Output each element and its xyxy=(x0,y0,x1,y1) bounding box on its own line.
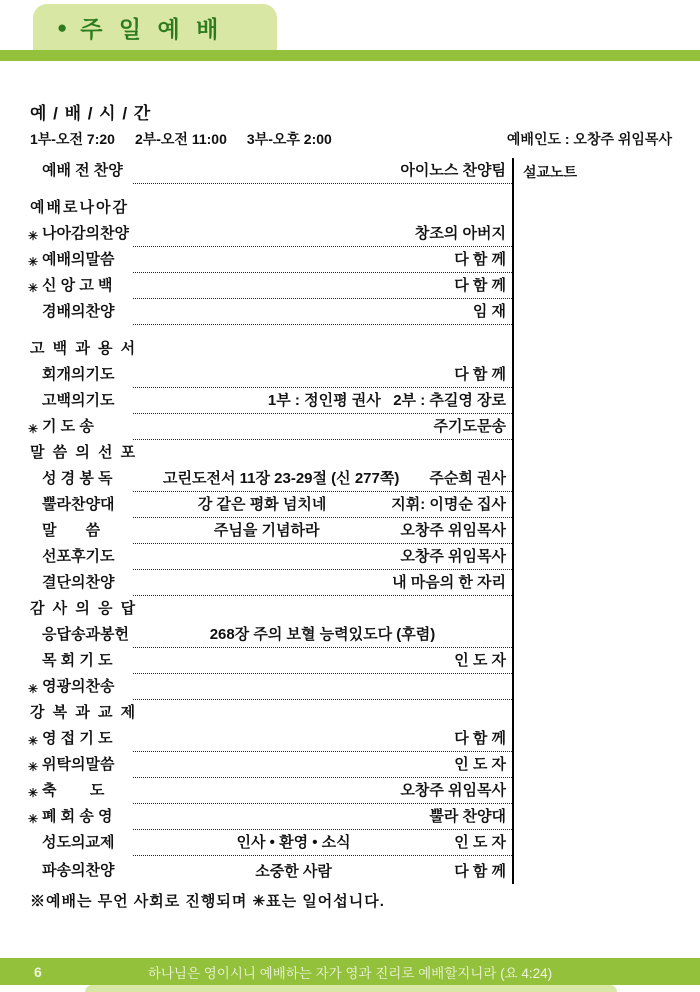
order-item-label-cell: 파송의찬양 xyxy=(28,856,133,884)
service-time-2: 2부-오전 11:00 xyxy=(135,129,227,149)
next-section-tab xyxy=(85,985,617,992)
order-item: 경배의찬양임 재 xyxy=(28,299,512,325)
order-item-label-cell: 성도의교제 xyxy=(28,830,133,856)
order-item-mid: 주님을 기념하라 xyxy=(133,519,400,540)
order-item-right: 인 도 자 xyxy=(454,649,512,670)
order-item-right: 오창주 위임목사 xyxy=(400,519,512,540)
order-item-label: 폐 회 송 영 xyxy=(42,805,112,826)
stand-mark-icon: ✳ xyxy=(28,682,42,696)
order-item-label-cell: ✳기 도 송 xyxy=(28,414,133,440)
stand-mark-icon: ✳ xyxy=(28,255,42,269)
order-item-label: 기 도 송 xyxy=(42,415,94,436)
order-item-right: 내 마음의 한 자리 xyxy=(392,571,512,592)
order-item-content: 다 함 께 xyxy=(133,362,512,388)
order-item-right: 다 함 께 xyxy=(454,363,512,384)
order-item: ✳폐 회 송 영뿔라 찬양대 xyxy=(28,804,512,830)
stand-mark-icon: ✳ xyxy=(28,786,42,800)
order-item-right: 다 함 께 xyxy=(454,727,512,748)
order-item-content: 인 도 자 xyxy=(133,648,512,674)
order-item-mid: 소중한 사람 xyxy=(133,860,454,881)
order-item: 결단의찬양내 마음의 한 자리 xyxy=(28,570,512,596)
order-item-label-cell: 성 경 봉 독 xyxy=(28,466,133,492)
order-item-right: 다 함 께 xyxy=(454,860,512,881)
service-times: 1부-오전 7:20 2부-오전 11:00 3부-오후 2:00 xyxy=(30,129,332,149)
order-item-right: 아이노스 찬양팀 xyxy=(400,159,512,180)
order-item-label-cell: ✳나아감의찬양 xyxy=(28,221,133,247)
order-table: 예배 전 찬양아이노스 찬양팀예배로나아감✳나아감의찬양창조의 아버지✳예배의말… xyxy=(28,158,674,884)
order-item-label-cell: 경배의찬양 xyxy=(28,299,133,325)
stand-mark-icon: ✳ xyxy=(28,281,42,295)
order-item-content: 고린도전서 11장 23-29절 (신 277쪽)주순희 권사 xyxy=(133,466,512,492)
order-item-label-cell: ✳신 앙 고 백 xyxy=(28,273,133,299)
order-item-right: 인 도 자 xyxy=(454,753,512,774)
order-item-label: 파송의찬양 xyxy=(42,859,114,880)
order-section: 강 복 과 교 제 xyxy=(28,700,512,726)
stand-mark-icon: ✳ xyxy=(28,422,42,436)
order-item-label: 선포후기도 xyxy=(42,545,114,566)
order-item-label-cell: 선포후기도 xyxy=(28,544,133,570)
stand-mark-icon: ✳ xyxy=(28,760,42,774)
order-item-label: 말 씀 xyxy=(42,519,100,540)
order-item-label-cell: 말 씀 xyxy=(28,518,133,544)
sermon-notes-divider xyxy=(512,158,514,884)
order-item-label: 위탁의말씀 xyxy=(42,753,114,774)
sermon-notes-label: 설교노트 xyxy=(523,162,577,182)
order-item-content: 268장 주의 보혈 능력있도다 (후렴) xyxy=(133,622,512,648)
worship-leader: 예배인도 : 오창주 위임목사 xyxy=(507,129,672,149)
order-item-label: 영광의찬송 xyxy=(42,675,114,696)
order-item-content: 인 도 자 xyxy=(133,752,512,778)
order-item-content: 오창주 위임목사 xyxy=(133,544,512,570)
order-item-content xyxy=(133,674,512,700)
service-time-3: 3부-오후 2:00 xyxy=(247,129,332,149)
order-item-content: 다 함 께 xyxy=(133,247,512,273)
footnote: ※예배는 무언 사회로 진행되며 ✳표는 일어섭니다. xyxy=(30,890,385,911)
order-item-mid: 268장 주의 보혈 능력있도다 (후렴) xyxy=(133,623,512,644)
order-item-right: 인 도 자 xyxy=(454,831,512,852)
order-item-label: 응답송과봉헌 xyxy=(42,623,129,644)
footer-bar: 6 하나님은 영이시니 예배하는 자가 영과 진리로 예배할지니라 (요 4:2… xyxy=(0,958,700,985)
stand-mark-icon: ✳ xyxy=(28,734,42,748)
order-item-label-cell: 말 씀 의 선 포 xyxy=(28,440,137,466)
order-item-label: 성 경 봉 독 xyxy=(42,467,112,488)
page-number: 6 xyxy=(34,964,42,980)
order-item-label-cell: ✳영 접 기 도 xyxy=(28,726,133,752)
order-item-label-cell: ✳위탁의말씀 xyxy=(28,752,133,778)
order-item-mid: 강 같은 평화 넘치네 xyxy=(133,493,391,514)
order-item-label: 회개의기도 xyxy=(42,363,114,384)
order-item-label: 강 복 과 교 제 xyxy=(30,701,137,722)
order-item-content: 주기도문송 xyxy=(133,414,512,440)
order-item-label: 신 앙 고 백 xyxy=(42,274,112,295)
order-item-label: 나아감의찬양 xyxy=(42,222,129,243)
order-item-content: 뿔라 찬양대 xyxy=(133,804,512,830)
bullet-icon: ● xyxy=(57,19,67,36)
order-item-right: 지휘: 이명순 집사 xyxy=(391,493,512,514)
order-item: 선포후기도오창주 위임목사 xyxy=(28,544,512,570)
header-bar xyxy=(0,50,700,61)
order-item-label-cell: 응답송과봉헌 xyxy=(28,622,133,648)
order-item: ✳축 도오창주 위임목사 xyxy=(28,778,512,804)
order-item-right: 뿔라 찬양대 xyxy=(429,805,512,826)
order-item-label-cell: 예배로나아감 xyxy=(28,195,129,221)
order-item: ✳기 도 송주기도문송 xyxy=(28,414,512,440)
order-item-label-cell: ✳예배의말씀 xyxy=(28,247,133,273)
order-item-label: 영 접 기 도 xyxy=(42,727,112,748)
order-item-content: 주님을 기념하라오창주 위임목사 xyxy=(133,518,512,544)
worship-time-heading: 예 / 배 / 시 / 간 xyxy=(30,99,151,124)
order-item: 성도의교제인사 • 환영 • 소식인 도 자 xyxy=(28,830,512,856)
service-times-row: 1부-오전 7:20 2부-오전 11:00 3부-오후 2:00 예배인도 :… xyxy=(30,129,672,149)
order-item-label: 예배로나아감 xyxy=(30,196,129,217)
order-item: 파송의찬양소중한 사람다 함 께 xyxy=(28,856,512,884)
order-item-label-cell: 예배 전 찬양 xyxy=(28,158,133,184)
order-item-content: 내 마음의 한 자리 xyxy=(133,570,512,596)
order-item: 응답송과봉헌268장 주의 보혈 능력있도다 (후렴) xyxy=(28,622,512,648)
order-item-label-cell: ✳축 도 xyxy=(28,778,133,804)
page-title: 주 일 예 배 xyxy=(80,11,223,44)
stand-mark-icon: ✳ xyxy=(28,229,42,243)
order-item: 회개의기도다 함 께 xyxy=(28,362,512,388)
order-item: 성 경 봉 독고린도전서 11장 23-29절 (신 277쪽)주순희 권사 xyxy=(28,466,512,492)
order-item: 뿔라찬양대강 같은 평화 넘치네지휘: 이명순 집사 xyxy=(28,492,512,518)
service-time-1: 1부-오전 7:20 xyxy=(30,129,115,149)
order-item: ✳영 접 기 도다 함 께 xyxy=(28,726,512,752)
footer-verse: 하나님은 영이시니 예배하는 자가 영과 진리로 예배할지니라 (요 4:24) xyxy=(0,962,700,982)
order-section: 말 씀 의 선 포 xyxy=(28,440,512,466)
order-item-right: 1부 : 정인평 권사 2부 : 추길영 장로 xyxy=(268,389,512,410)
order-item-right: 주기도문송 xyxy=(434,415,512,436)
order-item-label: 감 사 의 응 답 xyxy=(30,597,137,618)
order-item: 예배 전 찬양아이노스 찬양팀 xyxy=(28,158,512,184)
order-item-right: 주순희 권사 xyxy=(429,467,512,488)
order-item-mid: 고린도전서 11장 23-29절 (신 277쪽) xyxy=(133,467,429,488)
order-rows: 예배 전 찬양아이노스 찬양팀예배로나아감✳나아감의찬양창조의 아버지✳예배의말… xyxy=(28,158,512,884)
order-item-label-cell: 뿔라찬양대 xyxy=(28,492,133,518)
order-item-content: 인사 • 환영 • 소식인 도 자 xyxy=(133,830,512,856)
order-item-label-cell: ✳폐 회 송 영 xyxy=(28,804,133,830)
order-item-content: 창조의 아버지 xyxy=(133,221,512,247)
order-section: 감 사 의 응 답 xyxy=(28,596,512,622)
order-item: ✳영광의찬송 xyxy=(28,674,512,700)
order-item: ✳신 앙 고 백다 함 께 xyxy=(28,273,512,299)
order-item-content: 다 함 께 xyxy=(133,726,512,752)
header-tab: ● 주 일 예 배 xyxy=(33,4,277,50)
order-item-content: 임 재 xyxy=(133,299,512,325)
order-item-label: 성도의교제 xyxy=(42,831,114,852)
order-item-label: 축 도 xyxy=(42,779,104,800)
order-item-label: 고 백 과 용 서 xyxy=(30,337,137,358)
order-item-label: 말 씀 의 선 포 xyxy=(30,441,137,462)
order-item-content: 다 함 께 xyxy=(133,273,512,299)
order-item-label-cell: 고백의기도 xyxy=(28,388,133,414)
order-item-label-cell: 감 사 의 응 답 xyxy=(28,596,137,622)
bulletin-page: ● 주 일 예 배 예 / 배 / 시 / 간 1부-오전 7:20 2부-오전… xyxy=(0,0,700,992)
order-item-label-cell: ✳영광의찬송 xyxy=(28,674,133,700)
order-item-label: 예배 전 찬양 xyxy=(42,159,123,180)
order-item: ✳나아감의찬양창조의 아버지 xyxy=(28,221,512,247)
order-item-content: 소중한 사람다 함 께 xyxy=(133,856,512,884)
order-item-label: 목 회 기 도 xyxy=(42,649,112,670)
order-item-content: 아이노스 찬양팀 xyxy=(133,158,512,184)
order-item: 말 씀주님을 기념하라오창주 위임목사 xyxy=(28,518,512,544)
order-item-content: 오창주 위임목사 xyxy=(133,778,512,804)
order-item-right: 창조의 아버지 xyxy=(415,222,512,243)
order-section: 고 백 과 용 서 xyxy=(28,336,512,362)
order-item-right: 임 재 xyxy=(473,300,512,321)
order-item-right: 오창주 위임목사 xyxy=(400,545,512,566)
order-item-right: 다 함 께 xyxy=(454,248,512,269)
order-item-label: 경배의찬양 xyxy=(42,300,114,321)
order-item: 고백의기도1부 : 정인평 권사 2부 : 추길영 장로 xyxy=(28,388,512,414)
order-item-label-cell: 회개의기도 xyxy=(28,362,133,388)
order-item: 목 회 기 도인 도 자 xyxy=(28,648,512,674)
order-item-label-cell: 강 복 과 교 제 xyxy=(28,700,137,726)
stand-mark-icon: ✳ xyxy=(28,812,42,826)
order-item-label-cell: 목 회 기 도 xyxy=(28,648,133,674)
order-item-right: 오창주 위임목사 xyxy=(400,779,512,800)
order-item-content: 강 같은 평화 넘치네지휘: 이명순 집사 xyxy=(133,492,512,518)
order-item-label: 예배의말씀 xyxy=(42,248,114,269)
order-item: ✳위탁의말씀인 도 자 xyxy=(28,752,512,778)
order-item-label: 고백의기도 xyxy=(42,389,114,410)
order-item-label: 결단의찬양 xyxy=(42,571,114,592)
order-item-label: 뿔라찬양대 xyxy=(42,493,114,514)
order-section: 예배로나아감 xyxy=(28,195,512,221)
order-item-mid: 인사 • 환영 • 소식 xyxy=(133,831,454,852)
order-item-right: 다 함 께 xyxy=(454,274,512,295)
order-item-label-cell: 결단의찬양 xyxy=(28,570,133,596)
order-item: ✳예배의말씀다 함 께 xyxy=(28,247,512,273)
order-item-content: 1부 : 정인평 권사 2부 : 추길영 장로 xyxy=(133,388,512,414)
order-item-label-cell: 고 백 과 용 서 xyxy=(28,336,137,362)
